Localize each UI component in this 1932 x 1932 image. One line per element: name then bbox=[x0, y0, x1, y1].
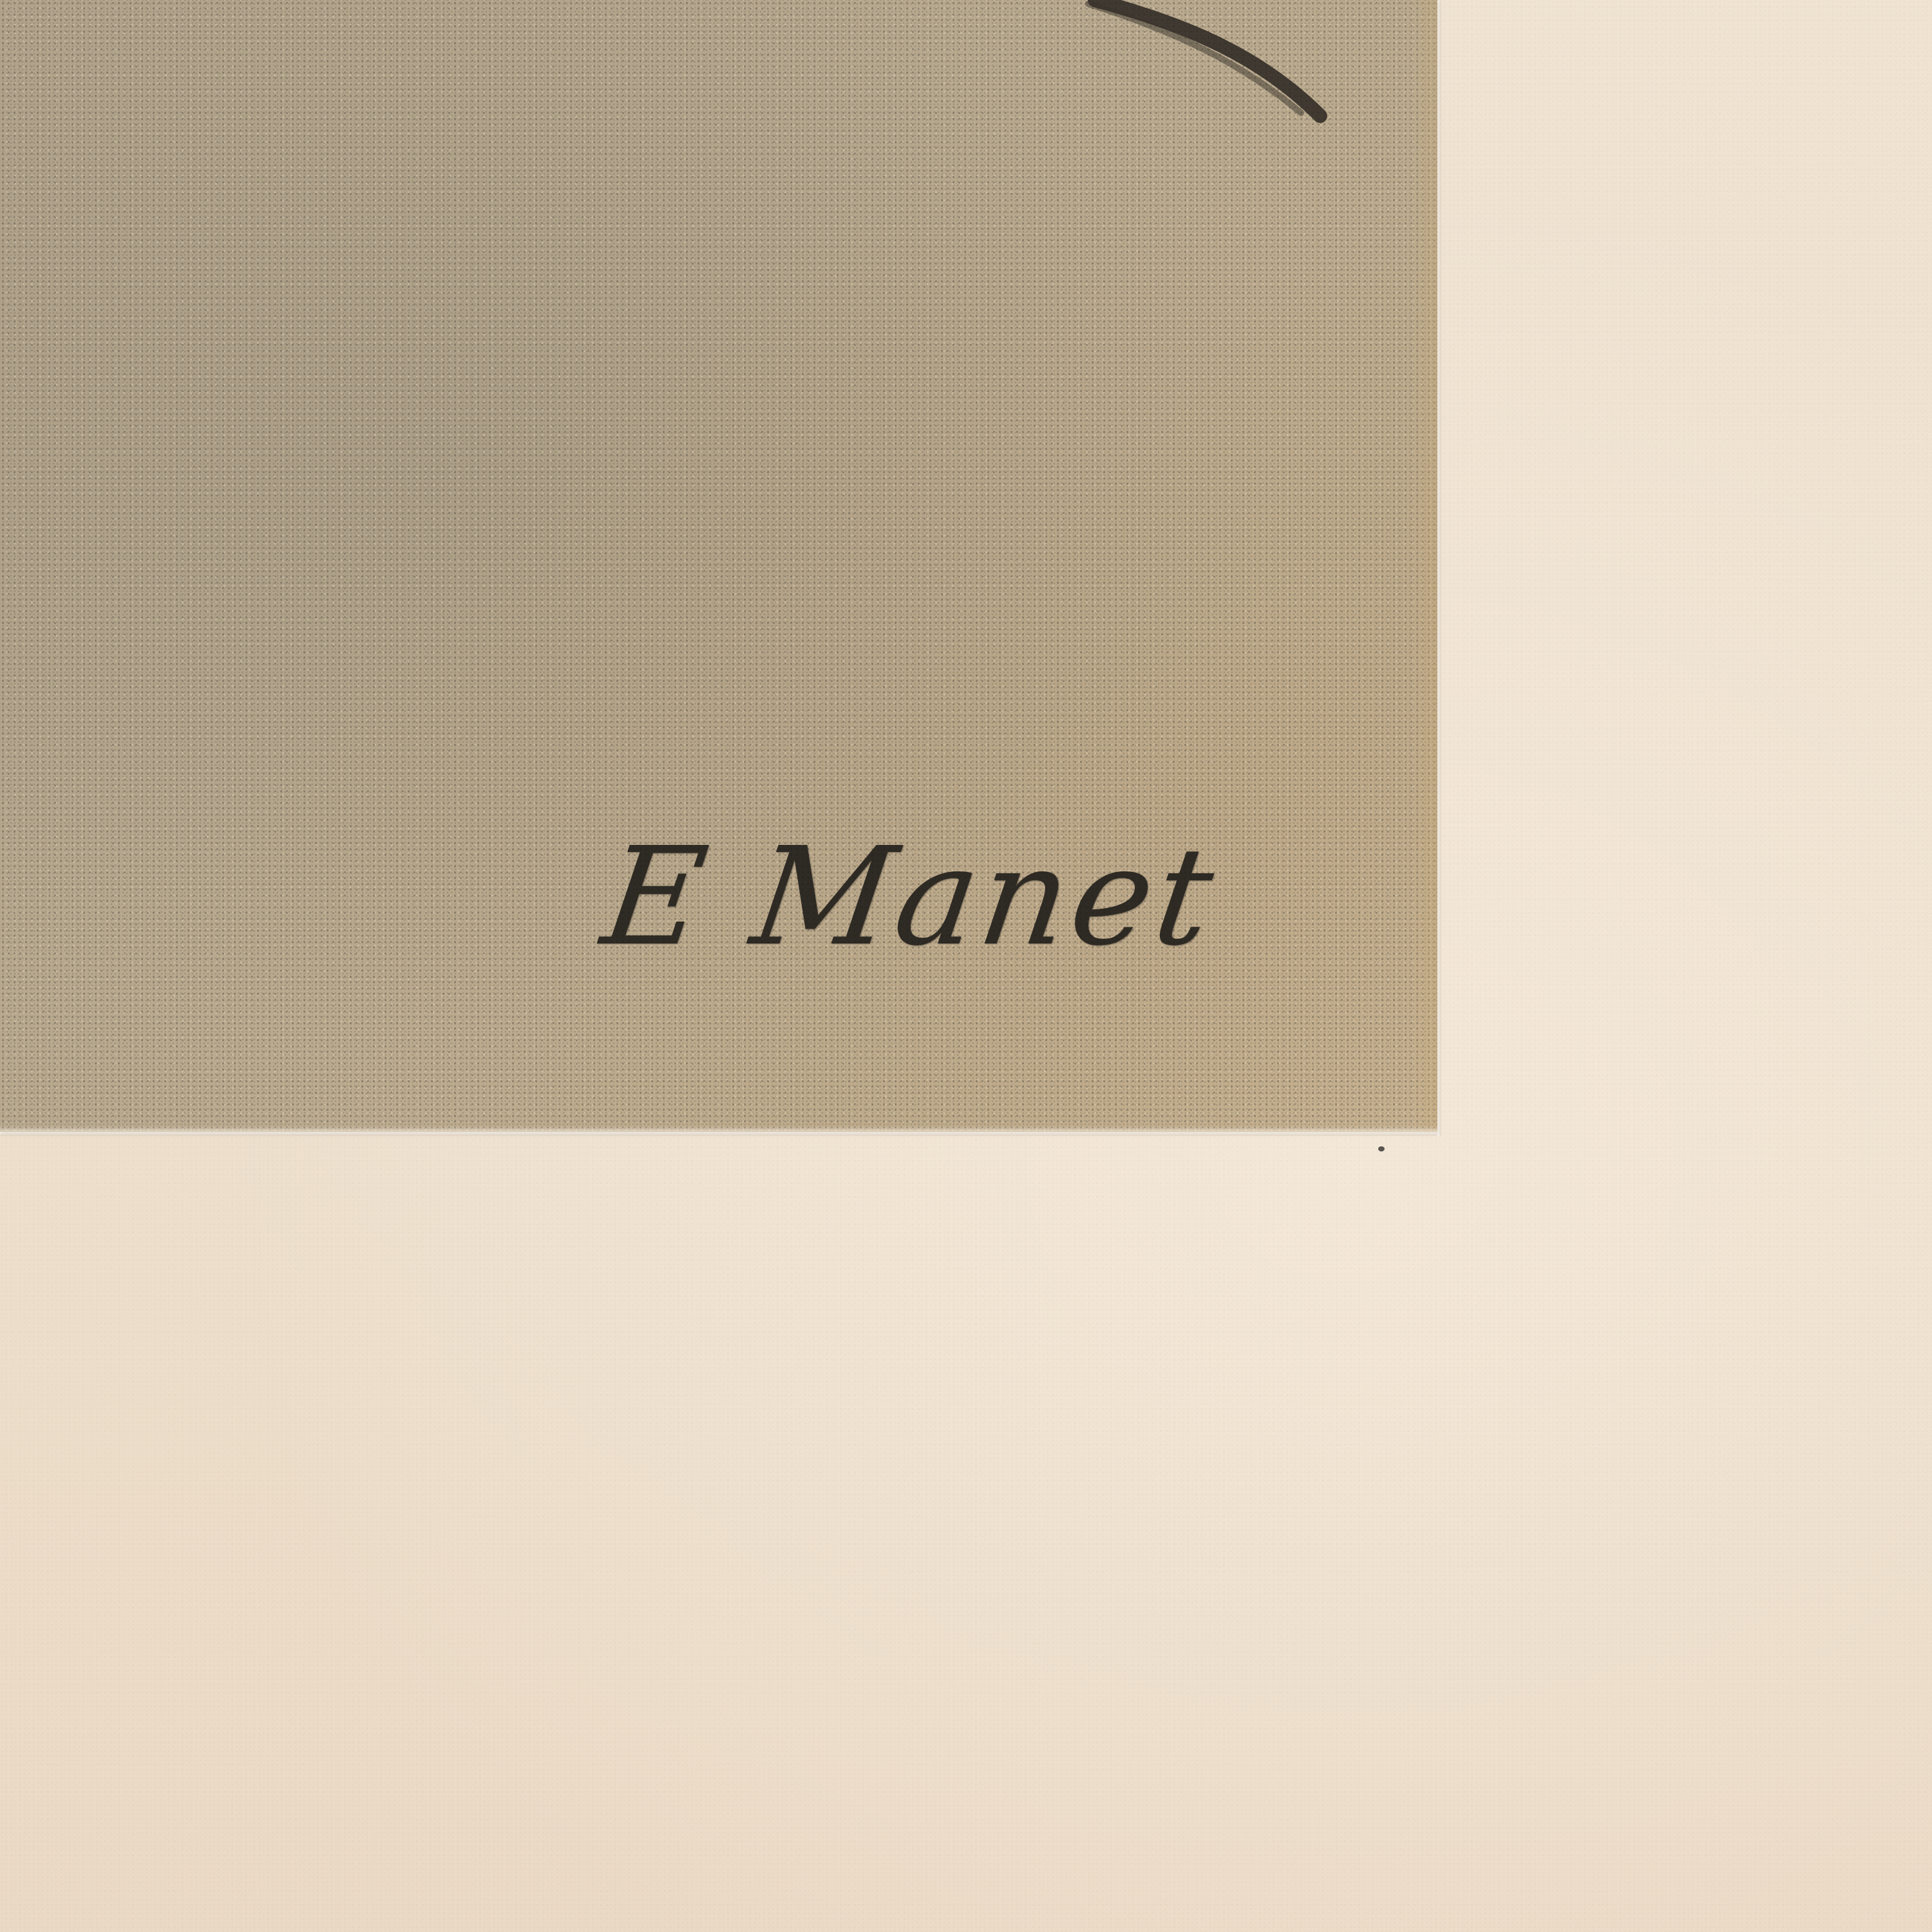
mat-blemish bbox=[1378, 1146, 1385, 1151]
mat-bevel-bottom bbox=[0, 1132, 1437, 1136]
photograph-scene: E Manet bbox=[0, 0, 1932, 1932]
drawing-paper: E Manet bbox=[0, 0, 1437, 1132]
artist-signature: E Manet bbox=[594, 818, 1226, 976]
mat-bevel-right bbox=[1437, 0, 1441, 1136]
